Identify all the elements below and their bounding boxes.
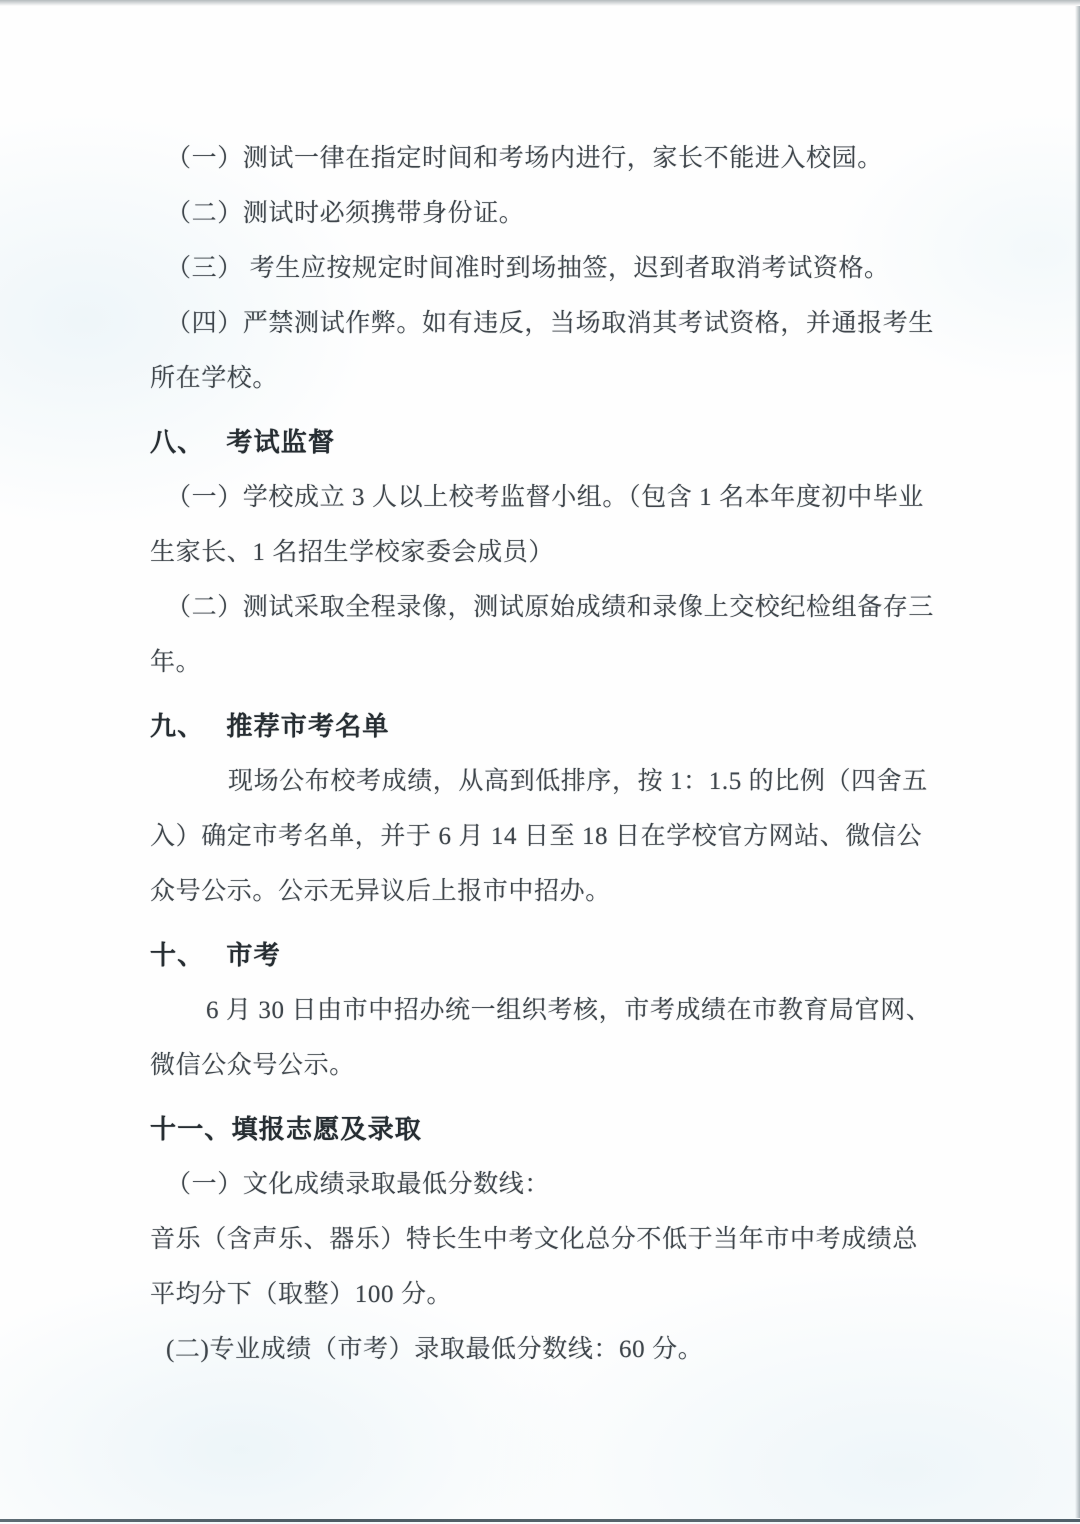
text-line: 平均分下（取整）100 分。 [150, 1267, 980, 1322]
text-line: 所在学校。 [150, 351, 980, 406]
text-line: 年。 [150, 635, 980, 690]
section-number: 十、 [150, 941, 204, 970]
text-line: （一）学校成立 3 人以上校考监督小组。（包含 1 名本年度初中毕业 [150, 470, 980, 525]
section-heading: 八、考试监督 [150, 415, 980, 470]
text-line: （四）严禁测试作弊。如有违反，当场取消其考试资格，并通报考生 [150, 296, 980, 351]
page-edge-bottom [0, 1519, 1080, 1522]
text-line: （二）测试采取全程录像，测试原始成绩和录像上交校纪检组备存三 [150, 580, 980, 635]
text-line: (二)专业成绩（市考）录取最低分数线：60 分。 [150, 1322, 980, 1377]
section-number: 九、 [150, 712, 204, 741]
section-heading: 九、推荐市考名单 [150, 699, 980, 754]
section-number: 八、 [150, 428, 204, 457]
section-title: 考试监督 [226, 428, 335, 457]
text-line: （三） 考生应按规定时间准时到场抽签，迟到者取消考试资格。 [150, 241, 980, 296]
document-page: （一）测试一律在指定时间和考场内进行，家长不能进入校园。（二）测试时必须携带身份… [0, 0, 980, 1377]
section-number: 十一、 [150, 1115, 232, 1144]
section-title: 推荐市考名单 [226, 712, 389, 741]
text-line: （一）测试一律在指定时间和考场内进行，家长不能进入校园。 [150, 131, 980, 186]
text-line: 音乐（含声乐、器乐）特长生中考文化总分不低于当年市中考成绩总 [150, 1212, 980, 1267]
page-edge-right [1075, 6, 1080, 1518]
text-line: 现场公布校考成绩，从高到低排序，按 1：1.5 的比例（四舍五 [150, 754, 980, 809]
text-line: 6 月 30 日由市中招办统一组织考核，市考成绩在市教育局官网、 [150, 983, 980, 1038]
text-line: 生家长、1 名招生学校家委会成员） [150, 525, 980, 580]
section-heading: 十、市考 [150, 928, 980, 983]
section-title: 市考 [226, 941, 280, 970]
text-line: 入）确定市考名单，并于 6 月 14 日至 18 日在学校官方网站、微信公 [150, 809, 980, 864]
text-line: （一）文化成绩录取最低分数线： [150, 1157, 980, 1212]
text-line: 众号公示。公示无异议后上报市中招办。 [150, 864, 980, 919]
section-heading: 十一、填报志愿及录取 [150, 1102, 980, 1157]
text-line: 微信公众号公示。 [150, 1038, 980, 1093]
section-title: 填报志愿及录取 [232, 1115, 422, 1144]
text-line: （二）测试时必须携带身份证。 [150, 186, 980, 241]
